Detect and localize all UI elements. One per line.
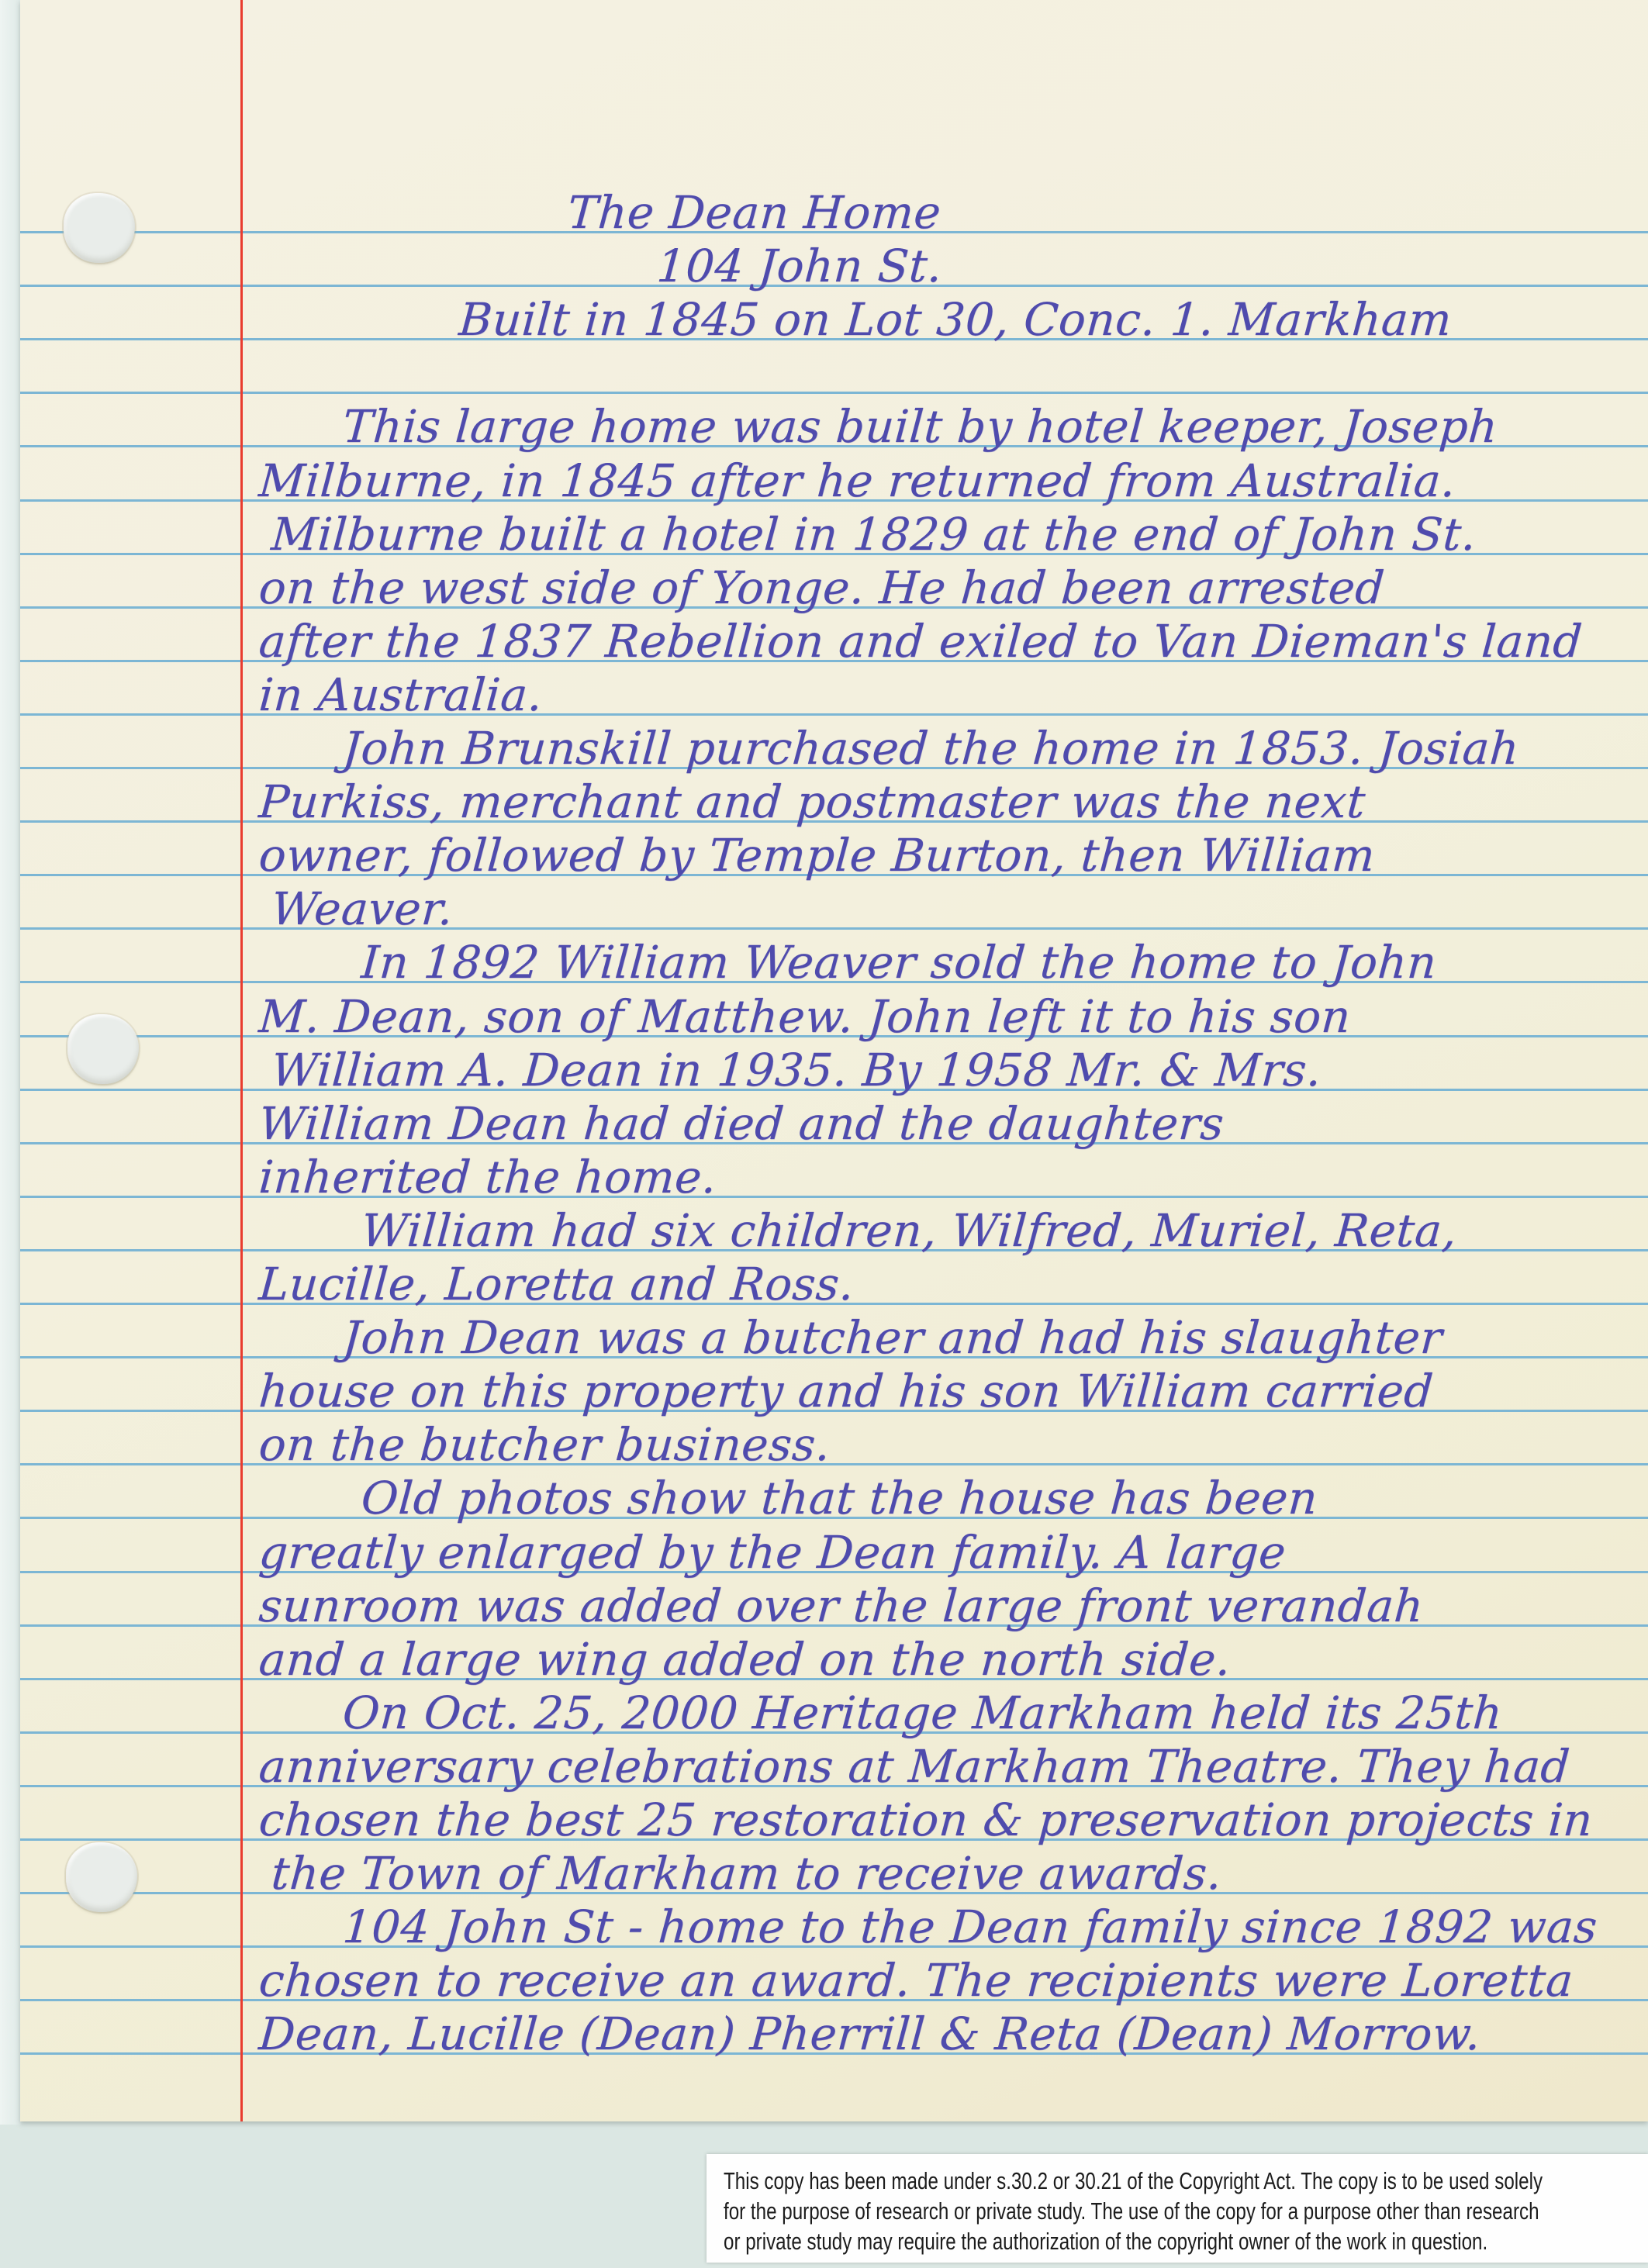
handwritten-line: William Dean had died and the daughters	[257, 1101, 1225, 1146]
handwritten-line: and a large wing added on the north side…	[257, 1637, 1232, 1682]
handwritten-line: house on this property and his son Willi…	[257, 1369, 1435, 1414]
handwritten-line: the Town of Markham to receive awards.	[270, 1851, 1224, 1896]
copyright-notice-line: for the purpose of research or private s…	[724, 2196, 1445, 2226]
handwritten-line: chosen to receive an award. The recipien…	[257, 1958, 1575, 2003]
handwritten-line: anniversary celebrations at Markham Thea…	[257, 1744, 1571, 1789]
copyright-notice: This copy has been made under s.30.2 or …	[707, 2154, 1648, 2263]
handwritten-line: on the west side of Yonge. He had been a…	[257, 565, 1386, 610]
handwritten-line: Dean, Lucille (Dean) Pherrill & Reta (De…	[257, 2011, 1482, 2056]
copyright-notice-line: This copy has been made under s.30.2 or …	[724, 2166, 1445, 2196]
handwritten-line: chosen the best 25 restoration & preserv…	[257, 1797, 1594, 1842]
handwritten-line: 104 John St - home to the Dean family si…	[341, 1904, 1599, 1949]
punch-hole-bottom	[66, 1842, 137, 1912]
handwritten-line: M. Dean, son of Matthew. John left it to…	[257, 994, 1353, 1039]
handwritten-line: Milburne built a hotel in 1829 at the en…	[270, 512, 1478, 557]
handwritten-line: in Australia.	[257, 672, 544, 717]
margin-line	[240, 0, 243, 2121]
handwritten-line: In 1892 William Weaver sold the home to …	[360, 940, 1438, 985]
handwritten-line: sunroom was added over the large front v…	[257, 1583, 1425, 1628]
handwritten-line: Old photos show that the house has been	[360, 1476, 1319, 1521]
notepaper: The Dean Home104 John St.Built in 1845 o…	[20, 0, 1648, 2121]
ruled-line	[20, 927, 1648, 930]
punch-hole-top	[64, 193, 135, 263]
handwritten-line: On Oct. 25, 2000 Heritage Markham held i…	[341, 1690, 1504, 1735]
ruled-line	[20, 392, 1648, 394]
scanned-document: The Dean Home104 John St.Built in 1845 o…	[0, 0, 1648, 2268]
punch-hole-middle	[67, 1014, 139, 1084]
title-line: Built in 1845 on Lot 30, Conc. 1. Markha…	[458, 297, 1453, 342]
handwritten-line: Purkiss, merchant and postmaster was the…	[257, 779, 1367, 824]
title-line: The Dean Home	[566, 190, 942, 235]
handwritten-line: Weaver.	[270, 886, 454, 931]
handwritten-line: William had six children, Wilfred, Murie…	[360, 1208, 1458, 1253]
handwritten-line: William A. Dean in 1935. By 1958 Mr. & M…	[270, 1048, 1323, 1093]
handwritten-line: Lucille, Loretta and Ross.	[257, 1262, 855, 1307]
handwritten-line: John Dean was a butcher and had his slau…	[341, 1315, 1444, 1360]
handwritten-line: This large home was built by hotel keepe…	[341, 404, 1499, 449]
title-line: 104 John St.	[655, 243, 944, 288]
handwritten-line: greatly enlarged by the Dean family. A l…	[257, 1530, 1287, 1575]
copyright-notice-line: or private study may require the authori…	[724, 2226, 1445, 2256]
handwritten-line: John Brunskill purchased the home in 185…	[341, 726, 1521, 771]
handwritten-line: owner, followed by Temple Burton, then W…	[257, 833, 1377, 878]
handwritten-line: Milburne, in 1845 after he returned from…	[257, 458, 1457, 503]
scanner-edge-strip	[0, 0, 21, 2125]
handwritten-line: on the butcher business.	[257, 1422, 832, 1467]
handwritten-line: after the 1837 Rebellion and exiled to V…	[257, 619, 1584, 664]
handwritten-line: inherited the home.	[257, 1155, 718, 1200]
